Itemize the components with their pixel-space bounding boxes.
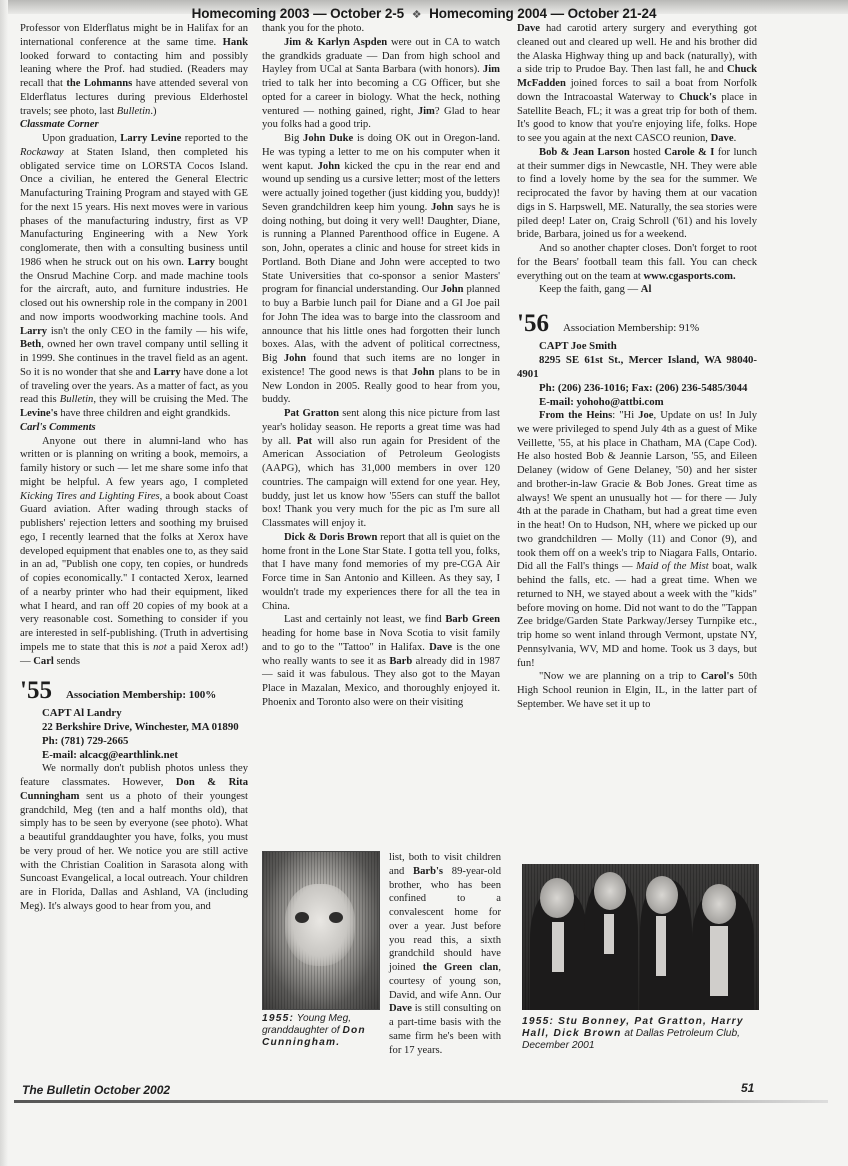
shirt bbox=[656, 916, 666, 976]
secretary-phone: Ph: (206) 236-1016; Fax: (206) 236-5485/… bbox=[517, 381, 757, 395]
running-header: Homecoming 2003 — October 2-5 ❖ Homecomi… bbox=[0, 6, 848, 21]
shirt bbox=[710, 926, 728, 996]
eye bbox=[295, 912, 309, 923]
paragraph: And so another chapter closes. Don't for… bbox=[517, 242, 757, 283]
paragraph: Bob & Jean Larson hosted Carole & I for … bbox=[517, 146, 757, 242]
paragraph: Last and certainly not least, we find Ba… bbox=[262, 613, 500, 709]
secretary-name: CAPT Al Landry bbox=[20, 706, 248, 720]
shirt bbox=[604, 914, 614, 954]
baby-face bbox=[285, 884, 355, 966]
subheading-classmate-corner: Classmate Corner bbox=[20, 118, 248, 132]
header-homecoming-2004: Homecoming 2004 — October 21-24 bbox=[429, 6, 656, 21]
secretary-name: CAPT Joe Smith bbox=[517, 339, 757, 353]
photo-four-classmates bbox=[522, 864, 759, 1010]
membership-stat: Association Membership: 100% bbox=[66, 689, 216, 703]
paragraph: Big John Duke is doing OK out in Oregon-… bbox=[262, 132, 500, 407]
secretary-address: 8295 SE 61st St., Mercer Island, WA 9804… bbox=[517, 353, 757, 381]
paragraph: Dick & Doris Brown report that all is qu… bbox=[262, 531, 500, 614]
sign-off: Keep the faith, gang — Al bbox=[517, 283, 757, 297]
membership-stat: Association Membership: 91% bbox=[563, 322, 699, 336]
class-55-header: '55 Association Membership: 100% bbox=[20, 678, 248, 704]
paragraph: Anyone out there in alumni-land who has … bbox=[20, 435, 248, 669]
secretary-address: 22 Berkshire Drive, Winchester, MA 01890 bbox=[20, 720, 248, 734]
paragraph: Dave had carotid artery surgery and ever… bbox=[517, 22, 757, 146]
column-3: Dave had carotid artery surgery and ever… bbox=[517, 22, 757, 712]
head bbox=[594, 872, 626, 910]
secretary-phone: Ph: (781) 729-2665 bbox=[20, 734, 248, 748]
photo-caption-meg: 1955: Young Meg, granddaughter of Don Cu… bbox=[262, 1013, 387, 1049]
header-homecoming-2003: Homecoming 2003 — October 2-5 bbox=[192, 6, 404, 21]
paragraph: "Now we are planning on a trip to Carol'… bbox=[517, 670, 757, 711]
paragraph: From the Heins: "Hi Joe, Update on us! I… bbox=[517, 409, 757, 670]
photo-caption-group: 1955: Stu Bonney, Pat Gratton, Harry Hal… bbox=[522, 1016, 762, 1052]
footer-rule bbox=[14, 1100, 828, 1103]
head bbox=[540, 878, 574, 918]
paragraph: Upon graduation, Larry Levine reported t… bbox=[20, 132, 248, 421]
photo-young-meg bbox=[262, 851, 380, 1010]
wrap-around-text: list, both to visit children and Barb's … bbox=[389, 851, 501, 1057]
secretary-email: E-mail: yohoho@attbi.com bbox=[517, 395, 757, 409]
head bbox=[702, 884, 736, 924]
shirt bbox=[552, 922, 564, 972]
page-number: 51 bbox=[741, 1081, 754, 1095]
paragraph: We normally don't publish photos unless … bbox=[20, 762, 248, 913]
class-year: '56 bbox=[517, 311, 549, 337]
publication-footer: The Bulletin October 2002 bbox=[22, 1083, 170, 1097]
paragraph: Professor von Elderflatus might be in Ha… bbox=[20, 22, 248, 118]
head bbox=[646, 876, 678, 914]
paragraph: Pat Gratton sent along this nice picture… bbox=[262, 407, 500, 531]
website-link[interactable]: www.cgasports.com. bbox=[644, 271, 736, 282]
diamond-separator-icon: ❖ bbox=[412, 9, 422, 21]
class-year: '55 bbox=[20, 678, 52, 704]
paragraph: Jim & Karlyn Aspden were out in CA to wa… bbox=[262, 36, 500, 132]
paragraph: thank you for the photo. bbox=[262, 22, 500, 36]
subheading-carls-comments: Carl's Comments bbox=[20, 421, 248, 435]
column-2: thank you for the photo. Jim & Karlyn As… bbox=[262, 22, 500, 710]
eye bbox=[329, 912, 343, 923]
secretary-email: E-mail: alcacg@earthlink.net bbox=[20, 748, 248, 762]
scan-edge bbox=[0, 0, 8, 1166]
class-56-header: '56 Association Membership: 91% bbox=[517, 311, 757, 337]
column-1: Professor von Elderflatus might be in Ha… bbox=[20, 22, 248, 914]
